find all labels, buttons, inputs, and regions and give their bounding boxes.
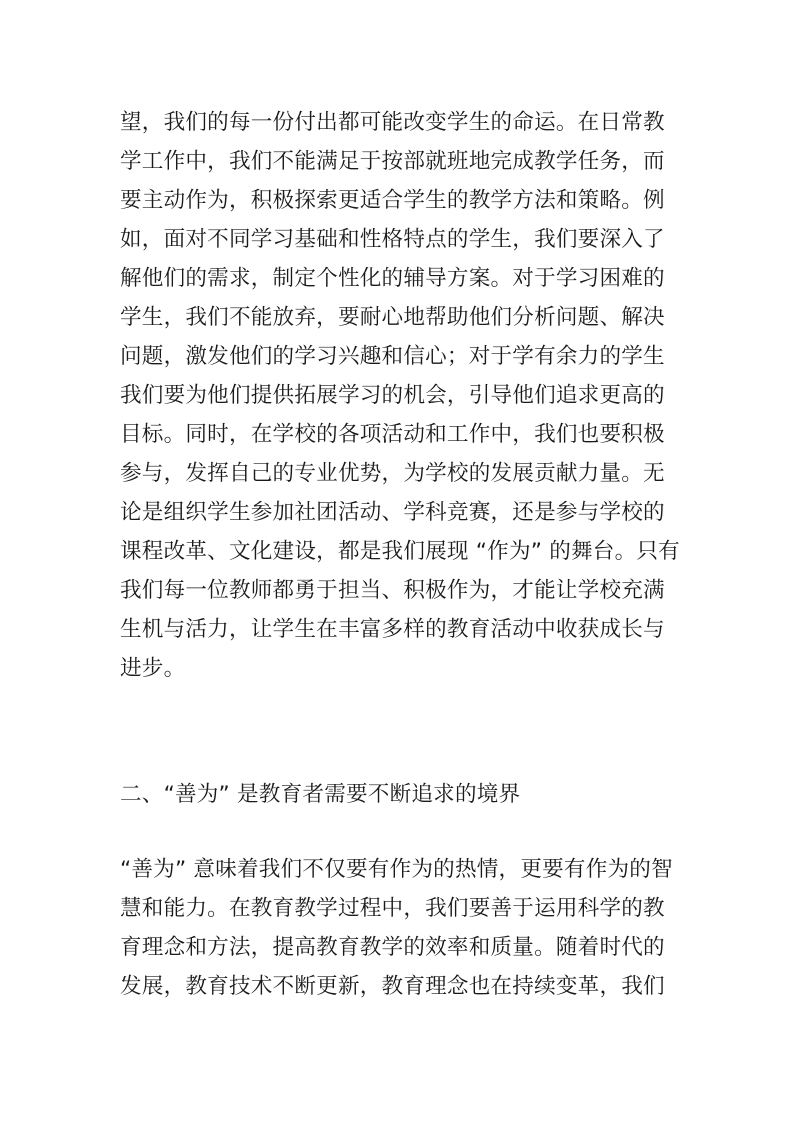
text-line: 生机与活力，让学生在丰富多样的教育活动中收获成长与 [120, 616, 665, 644]
text-line: 慧和能力。在教育教学过程中，我们要善于运用科学的教 [120, 895, 665, 923]
text-line: 论是组织学生参加社团活动、学科竞赛，还是参与学校的 [120, 499, 665, 527]
text-line: 如，面对不同学习基础和性格特点的学生，我们要深入了 [120, 226, 665, 254]
text-line: 育理念和方法，提高教育教学的效率和质量。随着时代的 [120, 934, 665, 962]
text-line: 我们要为他们提供拓展学习的机会，引导他们追求更高的 [120, 382, 665, 410]
text-line: 发展，教育技术不断更新，教育理念也在持续变革，我们 [120, 973, 665, 1001]
text-line: 我们每一位教师都勇于担当、积极作为，才能让学校充满 [120, 577, 665, 605]
section-heading: 二、“善为” 是教育者需要不断追求的境界 [120, 781, 520, 809]
text-line: 课程改革、文化建设，都是我们展现 “作为” 的舞台。只有 [120, 538, 680, 566]
text-line: 学工作中，我们不能满足于按部就班地完成教学任务，而 [120, 148, 665, 176]
text-line: “善为” 意味着我们不仅要有作为的热情，更要有作为的智 [120, 856, 673, 884]
text-line: 望，我们的每一份付出都可能改变学生的命运。在日常教 [120, 109, 665, 137]
text-line: 问题，激发他们的学习兴趣和信心；对于学有余力的学生 [120, 343, 665, 371]
text-line: 参与，发挥自己的专业优势，为学校的发展贡献力量。无 [120, 460, 665, 488]
text-line: 进步。 [120, 655, 185, 683]
text-line: 学生，我们不能放弃，要耐心地帮助他们分析问题、解决 [120, 304, 665, 332]
text-line: 目标。同时，在学校的各项活动和工作中，我们也要积极 [120, 421, 665, 449]
text-line: 要主动作为，积极探索更适合学生的教学方法和策略。例 [120, 187, 665, 215]
text-line: 解他们的需求，制定个性化的辅导方案。对于学习困难的 [120, 265, 665, 293]
